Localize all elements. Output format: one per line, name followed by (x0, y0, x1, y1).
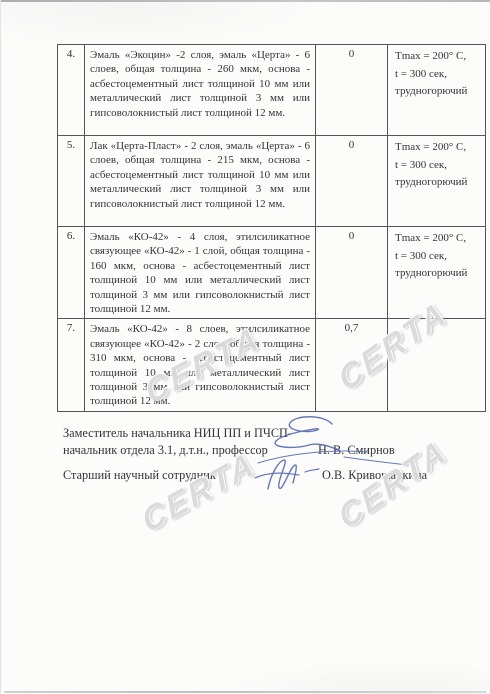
result-value: 0,7 (316, 319, 388, 411)
condition-line: трудногорючий (395, 174, 483, 192)
scan-edge-left (0, 0, 1, 694)
signature-smirnov-underline (344, 457, 408, 465)
coating-description: Лак «Церта-Пласт» - 2 слоя, эмаль «Церта… (85, 136, 316, 227)
condition-line: t = 300 сек, (395, 66, 483, 84)
condition-line: трудногорючий (395, 83, 483, 101)
condition-line: t = 300 сек, (395, 157, 483, 175)
result-value: 0 (316, 45, 388, 136)
table-row: 6. Эмаль «КО-42» - 4 слоя, этилсиликатно… (58, 227, 486, 319)
handwritten-signatures (235, 403, 425, 503)
coating-description: Эмаль «КО-42» - 4 слоя, этилсиликатное с… (85, 227, 316, 319)
result-value: 0 (316, 227, 388, 319)
scanned-document-page: 4. Эмаль «Экоцин» -2 слоя, эмаль «Церта»… (0, 0, 490, 694)
row-number: 6. (58, 227, 85, 319)
scan-edge-bottom (4, 691, 486, 693)
condition-line: - (395, 322, 483, 340)
row-number: 4. (58, 45, 85, 136)
result-value: 0 (316, 136, 388, 227)
test-conditions-cell: Tmax = 200° C, t = 300 сек, трудногорючи… (388, 136, 486, 227)
coating-description: Эмаль «Экоцин» -2 слоя, эмаль «Церта» - … (85, 45, 316, 136)
test-conditions-cell: Tmax = 200° C, t = 300 сек, трудногорючи… (388, 227, 486, 319)
row-number: 7. (58, 319, 85, 411)
test-conditions-cell: Tmax = 200° C, t = 300 сек, трудногорючи… (388, 45, 486, 136)
row-number: 5. (58, 136, 85, 227)
signature-smirnov-flourish (258, 451, 368, 463)
table-row: 5. Лак «Церта-Пласт» - 2 слоя, эмаль «Це… (58, 136, 486, 227)
condition-line: трудногорючий (395, 265, 483, 283)
signature-smirnov (275, 417, 339, 450)
condition-line: Tmax = 200° C, (395, 230, 483, 248)
signatory-title-line-3: Старший научный сотрудник (63, 468, 216, 483)
table-row: 4. Эмаль «Экоцин» -2 слоя, эмаль «Церта»… (58, 45, 486, 136)
table-row: 7. Эмаль «КО-42» - 8 слоев, этилсиликатн… (58, 319, 486, 411)
signature-krivoshapkina-dash (305, 469, 319, 472)
condition-line: Tmax = 200° C, (395, 139, 483, 157)
condition-line: Tmax = 200° C, (395, 48, 483, 66)
coating-description: Эмаль «КО-42» - 8 слоев, этилсиликатное … (85, 319, 316, 411)
scan-edge-top (0, 0, 490, 2)
condition-line: t = 300 сек, (395, 248, 483, 266)
test-conditions-cell: - (388, 319, 486, 411)
coating-spec-table: 4. Эмаль «Экоцин» -2 слоя, эмаль «Церта»… (57, 44, 486, 412)
signature-krivoshapkina-crossbar (255, 473, 299, 478)
